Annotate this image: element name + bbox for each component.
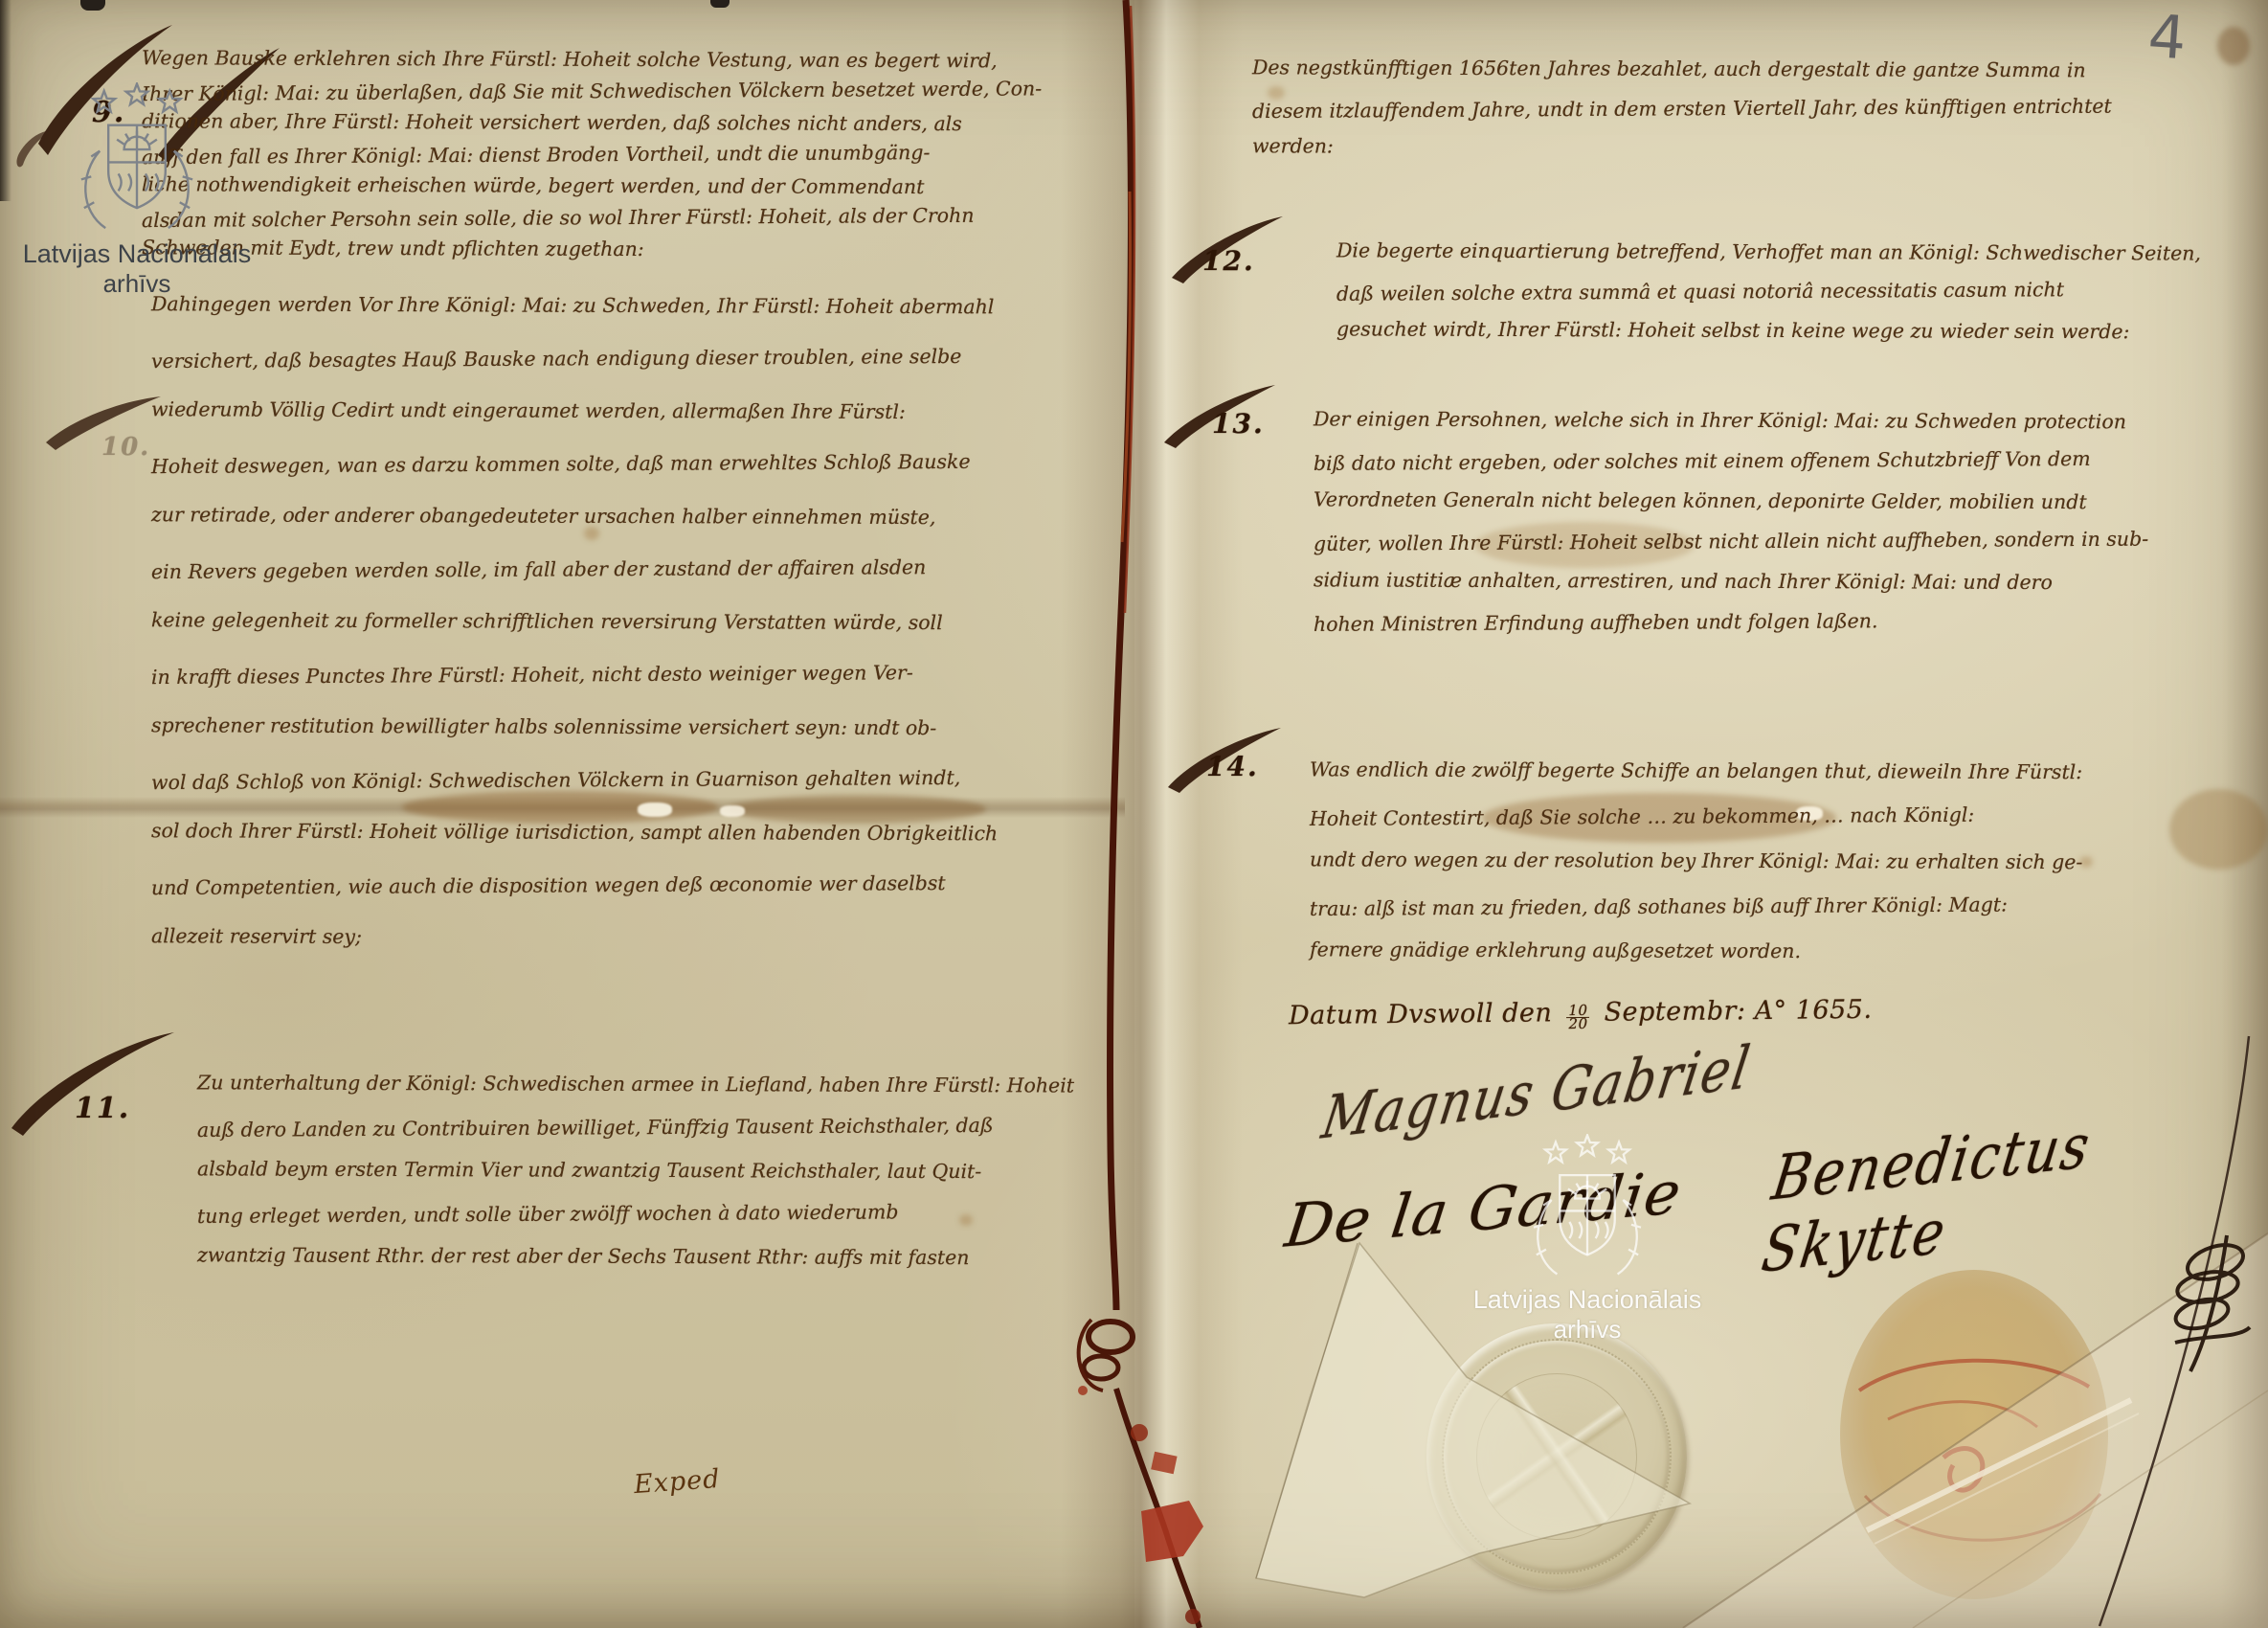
manuscript-line: Zu unterhaltung der Königl: Schwedischen…: [197, 1061, 1121, 1107]
manuscript-line: sidium iustitiæ anhalten, arrestiren, un…: [1314, 559, 2223, 602]
manuscript-line: gesuchet wirdt, Ihrer Fürstl: Hoheit sel…: [1336, 309, 2227, 351]
dateline-place: Datum Dvswoll den: [1289, 998, 1553, 1030]
section-11-paragraph: Zu unterhaltung der Königl: Schwedischen…: [197, 1063, 1121, 1278]
section-number-13: 13.: [1212, 408, 1265, 440]
manuscript-scan: 9. Wegen Bauske erklehren sich Ihre Fürs…: [0, 0, 2268, 1628]
dateline: Datum Dvswoll den 10 20 Septembr: A° 165…: [1289, 995, 1873, 1033]
manuscript-line: Des negstkünfftigen 1656ten Jahres bezah…: [1252, 48, 2219, 91]
section-13-paragraph: Der einigen Persohnen, welche sich in Ih…: [1314, 400, 2223, 642]
watermark-text-line2: arhīvs: [1461, 1315, 1714, 1344]
watermark-text-line1: Latvijas Nacionālais: [17, 239, 257, 269]
manuscript-line: Hoheit deswegen, wan es darzu kommen sol…: [151, 435, 1118, 493]
manuscript-line: zur retirade, oder anderer obangedeutete…: [151, 488, 1118, 545]
section-10-paragraph: Dahingegen werden Vor Ihre Königl: Mai: …: [151, 280, 1118, 964]
manuscript-line: ein Revers gegeben werden solle, im fall…: [151, 540, 1118, 599]
manuscript-line: Schweden mit Eydt, trew undt pflichten z…: [142, 232, 1113, 267]
manuscript-line: Was endlich die zwölff begerte Schiffe a…: [1310, 747, 2229, 795]
section-number-14: 14.: [1206, 751, 1259, 782]
manuscript-line: tung erleget werden, undt solle über zwö…: [197, 1189, 1121, 1238]
section-number-12: 12.: [1202, 245, 1255, 277]
coat-of-arms-icon: [64, 82, 210, 239]
section-14-paragraph: Was endlich die zwölff begerte Schiffe a…: [1310, 749, 2229, 974]
embossed-paper-seal: [1426, 1323, 1687, 1590]
manuscript-line: Wegen Bauske erklehren sich Ihre Fürstl:…: [142, 42, 1113, 78]
archive-watermark-bottom: Latvijas Nacionālais arhīvs: [1461, 1134, 1714, 1344]
manuscript-line: biß dato nicht ergeben, oder solches mit…: [1314, 438, 2223, 484]
manuscript-line: ditionen aber, Ihre Fürstl: Hoheit versi…: [142, 105, 1113, 141]
manuscript-line: güter, wollen Ihre Fürstl: Hoheit selbst…: [1314, 518, 2223, 564]
section-12-paragraph: Die begerte einquartierung betreffend, V…: [1336, 233, 2227, 350]
manuscript-line: wol daß Schloß von Königl: Schwedischen …: [151, 751, 1118, 809]
manuscript-line: und Competentien, wie auch die dispositi…: [151, 856, 1118, 915]
section-number-11: 11.: [75, 1092, 130, 1125]
manuscript-line: alsdan mit solcher Persohn sein solle, d…: [142, 199, 1113, 237]
manuscript-line: Die begerte einquartierung betreffend, V…: [1336, 231, 2227, 273]
old-new-style-date: 10 20: [1566, 1005, 1589, 1030]
manuscript-line: keine gelegenheit zu formeller schrifftl…: [151, 594, 1118, 650]
watermark-text-line1: Latvijas Nacionālais: [1461, 1285, 1714, 1315]
section-9-paragraph: Wegen Bauske erklehren sich Ihre Fürstl:…: [142, 44, 1113, 265]
manuscript-line: diesem itzlauffendem Jahre, undt in dem …: [1252, 86, 2219, 131]
manuscript-line: trau: alß ist man zu frieden, daß sothan…: [1310, 881, 2229, 932]
manuscript-line: Der einigen Persohnen, welche sich in Ih…: [1314, 398, 2223, 441]
watermark-text-line2: arhīvs: [17, 269, 257, 298]
manuscript-line: zwantzig Tausent Rthr. der rest aber der…: [197, 1233, 1121, 1279]
signature-flourish-knot: [2166, 1228, 2261, 1381]
manuscript-line: versichert, daß besagtes Hauß Bauske nac…: [151, 329, 1118, 388]
expedition-note: Exped: [633, 1464, 721, 1500]
manuscript-line: alsbald beym ersten Termin Vier und zwan…: [197, 1147, 1121, 1193]
coat-of-arms-icon: [1516, 1134, 1659, 1285]
manuscript-line: liche nothwendigkeit erheischen würde, b…: [142, 169, 1113, 204]
manuscript-line: fernere gnädige erklehrung außgesetzet w…: [1310, 927, 2229, 975]
edge-speck: [80, 0, 105, 11]
dateline-month-year: Septembr: A° 1655.: [1604, 995, 1872, 1028]
continuation-paragraph: Des negstkünfftigen 1656ten Jahres bezah…: [1252, 50, 2219, 168]
manuscript-line: Ihrer Königl: Mai: zu überlaßen, daß Sie…: [142, 73, 1113, 110]
page-number-pencil: 4: [2146, 1, 2189, 74]
manuscript-line: allezeit reservirt sey;: [151, 910, 1118, 966]
manuscript-line: Verordneten Generaln nicht belegen könne…: [1314, 479, 2223, 522]
manuscript-line: sprechener restitution bewilligter halbs…: [151, 699, 1118, 756]
wax-seal: [1840, 1270, 2139, 1599]
manuscript-line: sol doch Ihrer Fürstl: Hoheit völlige iu…: [151, 804, 1118, 861]
manuscript-line: daß weilen solche extra summâ et quasi n…: [1336, 269, 2227, 314]
stain: [2217, 27, 2250, 65]
manuscript-line: in krafft dieses Punctes Ihre Fürstl: Ho…: [151, 645, 1118, 704]
section-number-10: 10.: [101, 433, 150, 462]
manuscript-line: werden:: [1252, 126, 2219, 170]
manuscript-line: auß dero Landen zu Contribuiren bewillig…: [197, 1103, 1121, 1152]
scan-edge-shadow: [0, 0, 11, 201]
manuscript-line: Hoheit Contestirt, daß Sie solche … zu b…: [1310, 791, 2229, 842]
manuscript-line: Dahingegen werden Vor Ihre Königl: Mai: …: [151, 278, 1118, 334]
manuscript-line: wiederumb Völlig Cedirt undt eingeraumet…: [151, 383, 1118, 440]
archive-watermark-top: Latvijas Nacionālais arhīvs: [17, 82, 257, 298]
edge-speck: [710, 0, 730, 8]
manuscript-line: auff den fall es Ihrer Königl: Mai: dien…: [142, 136, 1113, 173]
manuscript-line: undt dero wegen zu der resolution bey Ih…: [1310, 837, 2229, 885]
manuscript-line: hohen Ministren Erfindung auffheben undt…: [1314, 599, 2223, 644]
